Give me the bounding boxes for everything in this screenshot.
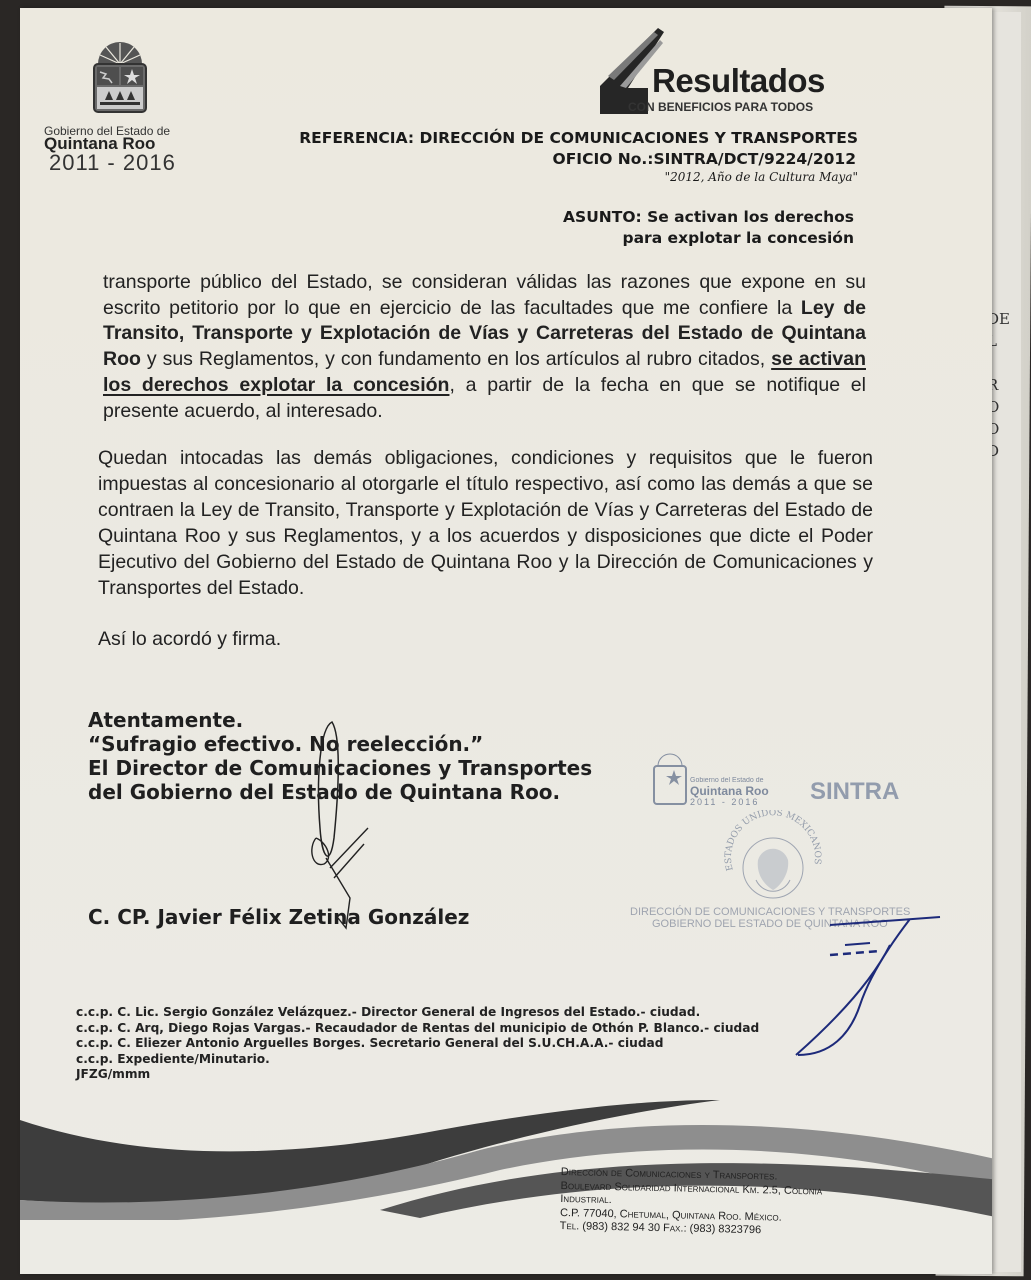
subject-block: ASUNTO: Se activan los derechos para exp… — [563, 207, 854, 249]
initials-reference: JFZG/mmm — [76, 1067, 759, 1083]
body-paragraph-2: Quedan intocadas las demás obligaciones,… — [98, 445, 873, 601]
footer-address: Dirección de Comunicaciones y Transporte… — [560, 1166, 823, 1239]
sintra-stamp: SINTRA — [810, 778, 899, 806]
copies-list: c.c.p. C. Lic. Sergio González Velázquez… — [76, 1005, 759, 1083]
government-term: 2011 - 2016 — [49, 150, 176, 176]
signer-name: C. CP. Javier Félix Zetina González — [88, 905, 469, 929]
stamp-text: GOBIERNO DEL ESTADO DE QUINTANA ROO — [630, 918, 910, 930]
slogan-subtitle: CON BENEFICIOS PARA TODOS — [628, 100, 813, 114]
signer-title: El Director de Comunicaciones y Transpor… — [88, 756, 592, 780]
slogan-title: Resultados — [652, 62, 825, 100]
stamp-text: Quintana Roo — [690, 786, 769, 797]
signer-title-2: del Gobierno del Estado de Quintana Roo. — [88, 780, 592, 804]
body-paragraph-3: Así lo acordó y firma. — [98, 628, 281, 651]
copy-recipient: c.c.p. C. Eliezer Antonio Arguelles Borg… — [76, 1036, 759, 1052]
office-number: OFICIO No.:SINTRA/DCT/9224/2012 — [299, 149, 856, 170]
copy-recipient: c.c.p. Expediente/Minutario. — [76, 1052, 759, 1068]
state-stamp-text: Gobierno del Estado de Quintana Roo 2011… — [690, 775, 769, 808]
copy-recipient: c.c.p. C. Lic. Sergio González Velázquez… — [76, 1005, 759, 1021]
closing-block: Atentamente. “Sufragio efectivo. No reel… — [88, 708, 592, 804]
closing-line: Atentamente. — [88, 708, 592, 732]
body-text: transporte público del Estado, se consid… — [103, 271, 866, 319]
subject-line-1: ASUNTO: Se activan los derechos — [563, 207, 854, 228]
direction-stamp: DIRECCIÓN DE COMUNICACIONES Y TRANSPORTE… — [630, 906, 910, 930]
footer-wave-decoration-icon — [20, 1100, 992, 1220]
reference-department: REFERENCIA: DIRECCIÓN DE COMUNICACIONES … — [299, 128, 858, 149]
stamp-text: 2011 - 2016 — [690, 797, 769, 808]
copy-recipient: c.c.p. C. Arq, Diego Rojas Vargas.- Reca… — [76, 1021, 759, 1037]
subject-line-2: para explotar la concesión — [563, 228, 854, 249]
closing-motto: “Sufragio efectivo. No reelección.” — [88, 732, 592, 756]
coat-of-arms-icon — [80, 38, 160, 118]
body-text: y sus Reglamentos, y con fundamento en l… — [141, 348, 771, 370]
stamp-text: DIRECCIÓN DE COMUNICACIONES Y TRANSPORTE… — [630, 906, 910, 918]
year-motto: "2012, Año de la Cultura Maya" — [299, 170, 858, 184]
reference-block: REFERENCIA: DIRECCIÓN DE COMUNICACIONES … — [299, 128, 858, 184]
body-paragraph-1: transporte público del Estado, se consid… — [103, 270, 866, 424]
